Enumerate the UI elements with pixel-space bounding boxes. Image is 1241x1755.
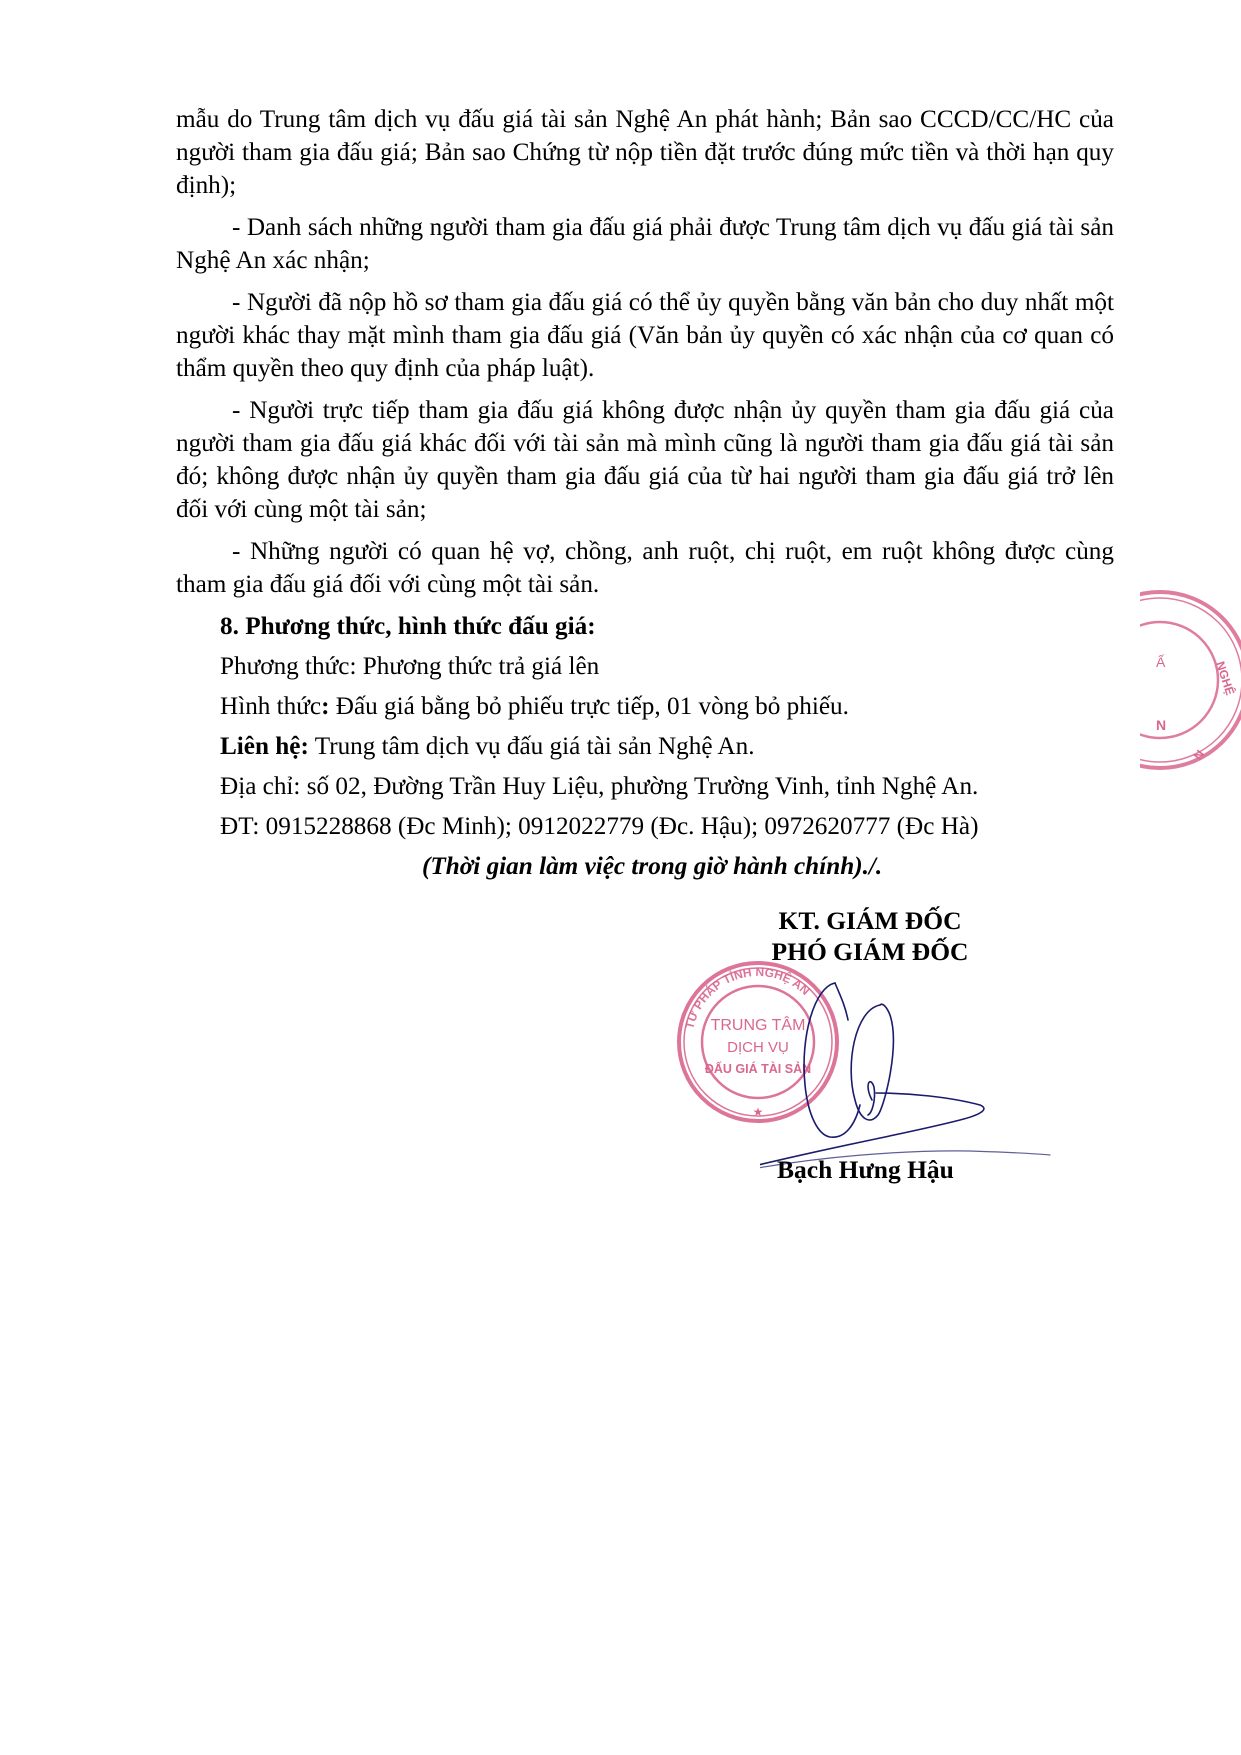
phone-value: 0915228868 (Đc Minh); 0912022779 (Đc. Hậ…: [266, 813, 979, 840]
signer-name: Bạch Hưng Hậu: [777, 1155, 954, 1185]
signature-title-line1: KT. GIÁM ĐỐC: [700, 905, 1040, 936]
edge-stamp-fragment-icon: NGHỆ Ấ N N: [1140, 585, 1241, 775]
auction-method-line: Phương thức: Phương thức trả giá lên: [220, 650, 1114, 683]
stamp-line3: ĐẤU GIÁ TÀI SẢN: [705, 1061, 811, 1076]
stamp-star-icon: ★: [753, 1105, 764, 1119]
paragraph-participant-list: - Danh sách những người tham gia đấu giá…: [176, 211, 1114, 277]
paragraph-authorization: - Người đã nộp hồ sơ tham gia đấu giá có…: [176, 286, 1114, 385]
auction-form-value: Đấu giá bằng bỏ phiếu trực tiếp, 01 vòng…: [330, 693, 849, 720]
stamp-line1: TRUNG TÂM: [711, 1015, 806, 1034]
auction-form-line: Hình thức: Đấu giá bằng bỏ phiếu trực ti…: [220, 690, 1114, 723]
stamp-line2: DỊCH VỤ: [727, 1039, 789, 1056]
contact-value: Trung tâm dịch vụ đấu giá tài sản Nghệ A…: [309, 733, 755, 760]
document-page: mẫu do Trung tâm dịch vụ đấu giá tài sản…: [0, 0, 1241, 1755]
address-label: Địa chỉ:: [220, 773, 307, 800]
auction-form-label: Hình thức: [220, 693, 321, 720]
auction-method-value: Phương thức trả giá lên: [363, 653, 599, 680]
edge-stamp-text: NGHỆ: [1213, 659, 1238, 697]
signature-title-line2: PHÓ GIÁM ĐỐC: [700, 936, 1040, 967]
edge-stamp-inner-2: N: [1156, 717, 1166, 733]
stamp-ring-text: TƯ PHÁP TỈNH NGHỆ AN: [682, 965, 812, 1030]
document-body: mẫu do Trung tâm dịch vụ đấu giá tài sản…: [176, 103, 1114, 883]
paragraph-relatives: - Những người có quan hệ vợ, chồng, anh …: [176, 535, 1114, 601]
handwritten-signature-icon: [760, 975, 1090, 1175]
auction-method-label: Phương thức:: [220, 653, 363, 680]
svg-text:TƯ PHÁP TỈNH NGHỆ AN: TƯ PHÁP TỈNH NGHỆ AN: [682, 965, 812, 1030]
official-stamp-icon: TƯ PHÁP TỈNH NGHỆ AN TRUNG TÂM DỊCH VỤ Đ…: [676, 960, 840, 1124]
paragraph-registration-docs: mẫu do Trung tâm dịch vụ đấu giá tài sản…: [176, 103, 1114, 202]
auction-form-colon: :: [321, 693, 329, 720]
edge-stamp-inner-1: Ấ: [1156, 654, 1166, 670]
signature-title-block: KT. GIÁM ĐỐC PHÓ GIÁM ĐỐC: [700, 905, 1040, 967]
edge-stamp-ring-2: N: [1191, 747, 1207, 762]
contact-line: Liên hệ: Trung tâm dịch vụ đấu giá tài s…: [220, 730, 1114, 763]
phone-label: ĐT:: [220, 813, 266, 840]
section-8-heading: 8. Phương thức, hình thức đấu giá:: [220, 610, 1114, 643]
contact-label: Liên hệ:: [220, 733, 309, 760]
address-value: số 02, Đường Trần Huy Liệu, phường Trườn…: [307, 773, 979, 800]
working-hours-note: (Thời gian làm việc trong giờ hành chính…: [176, 850, 1114, 883]
phone-line: ĐT: 0915228868 (Đc Minh); 0912022779 (Đc…: [220, 810, 1114, 843]
paragraph-direct-participant: - Người trực tiếp tham gia đấu giá không…: [176, 394, 1114, 526]
address-line: Địa chỉ: số 02, Đường Trần Huy Liệu, phư…: [220, 770, 1114, 803]
